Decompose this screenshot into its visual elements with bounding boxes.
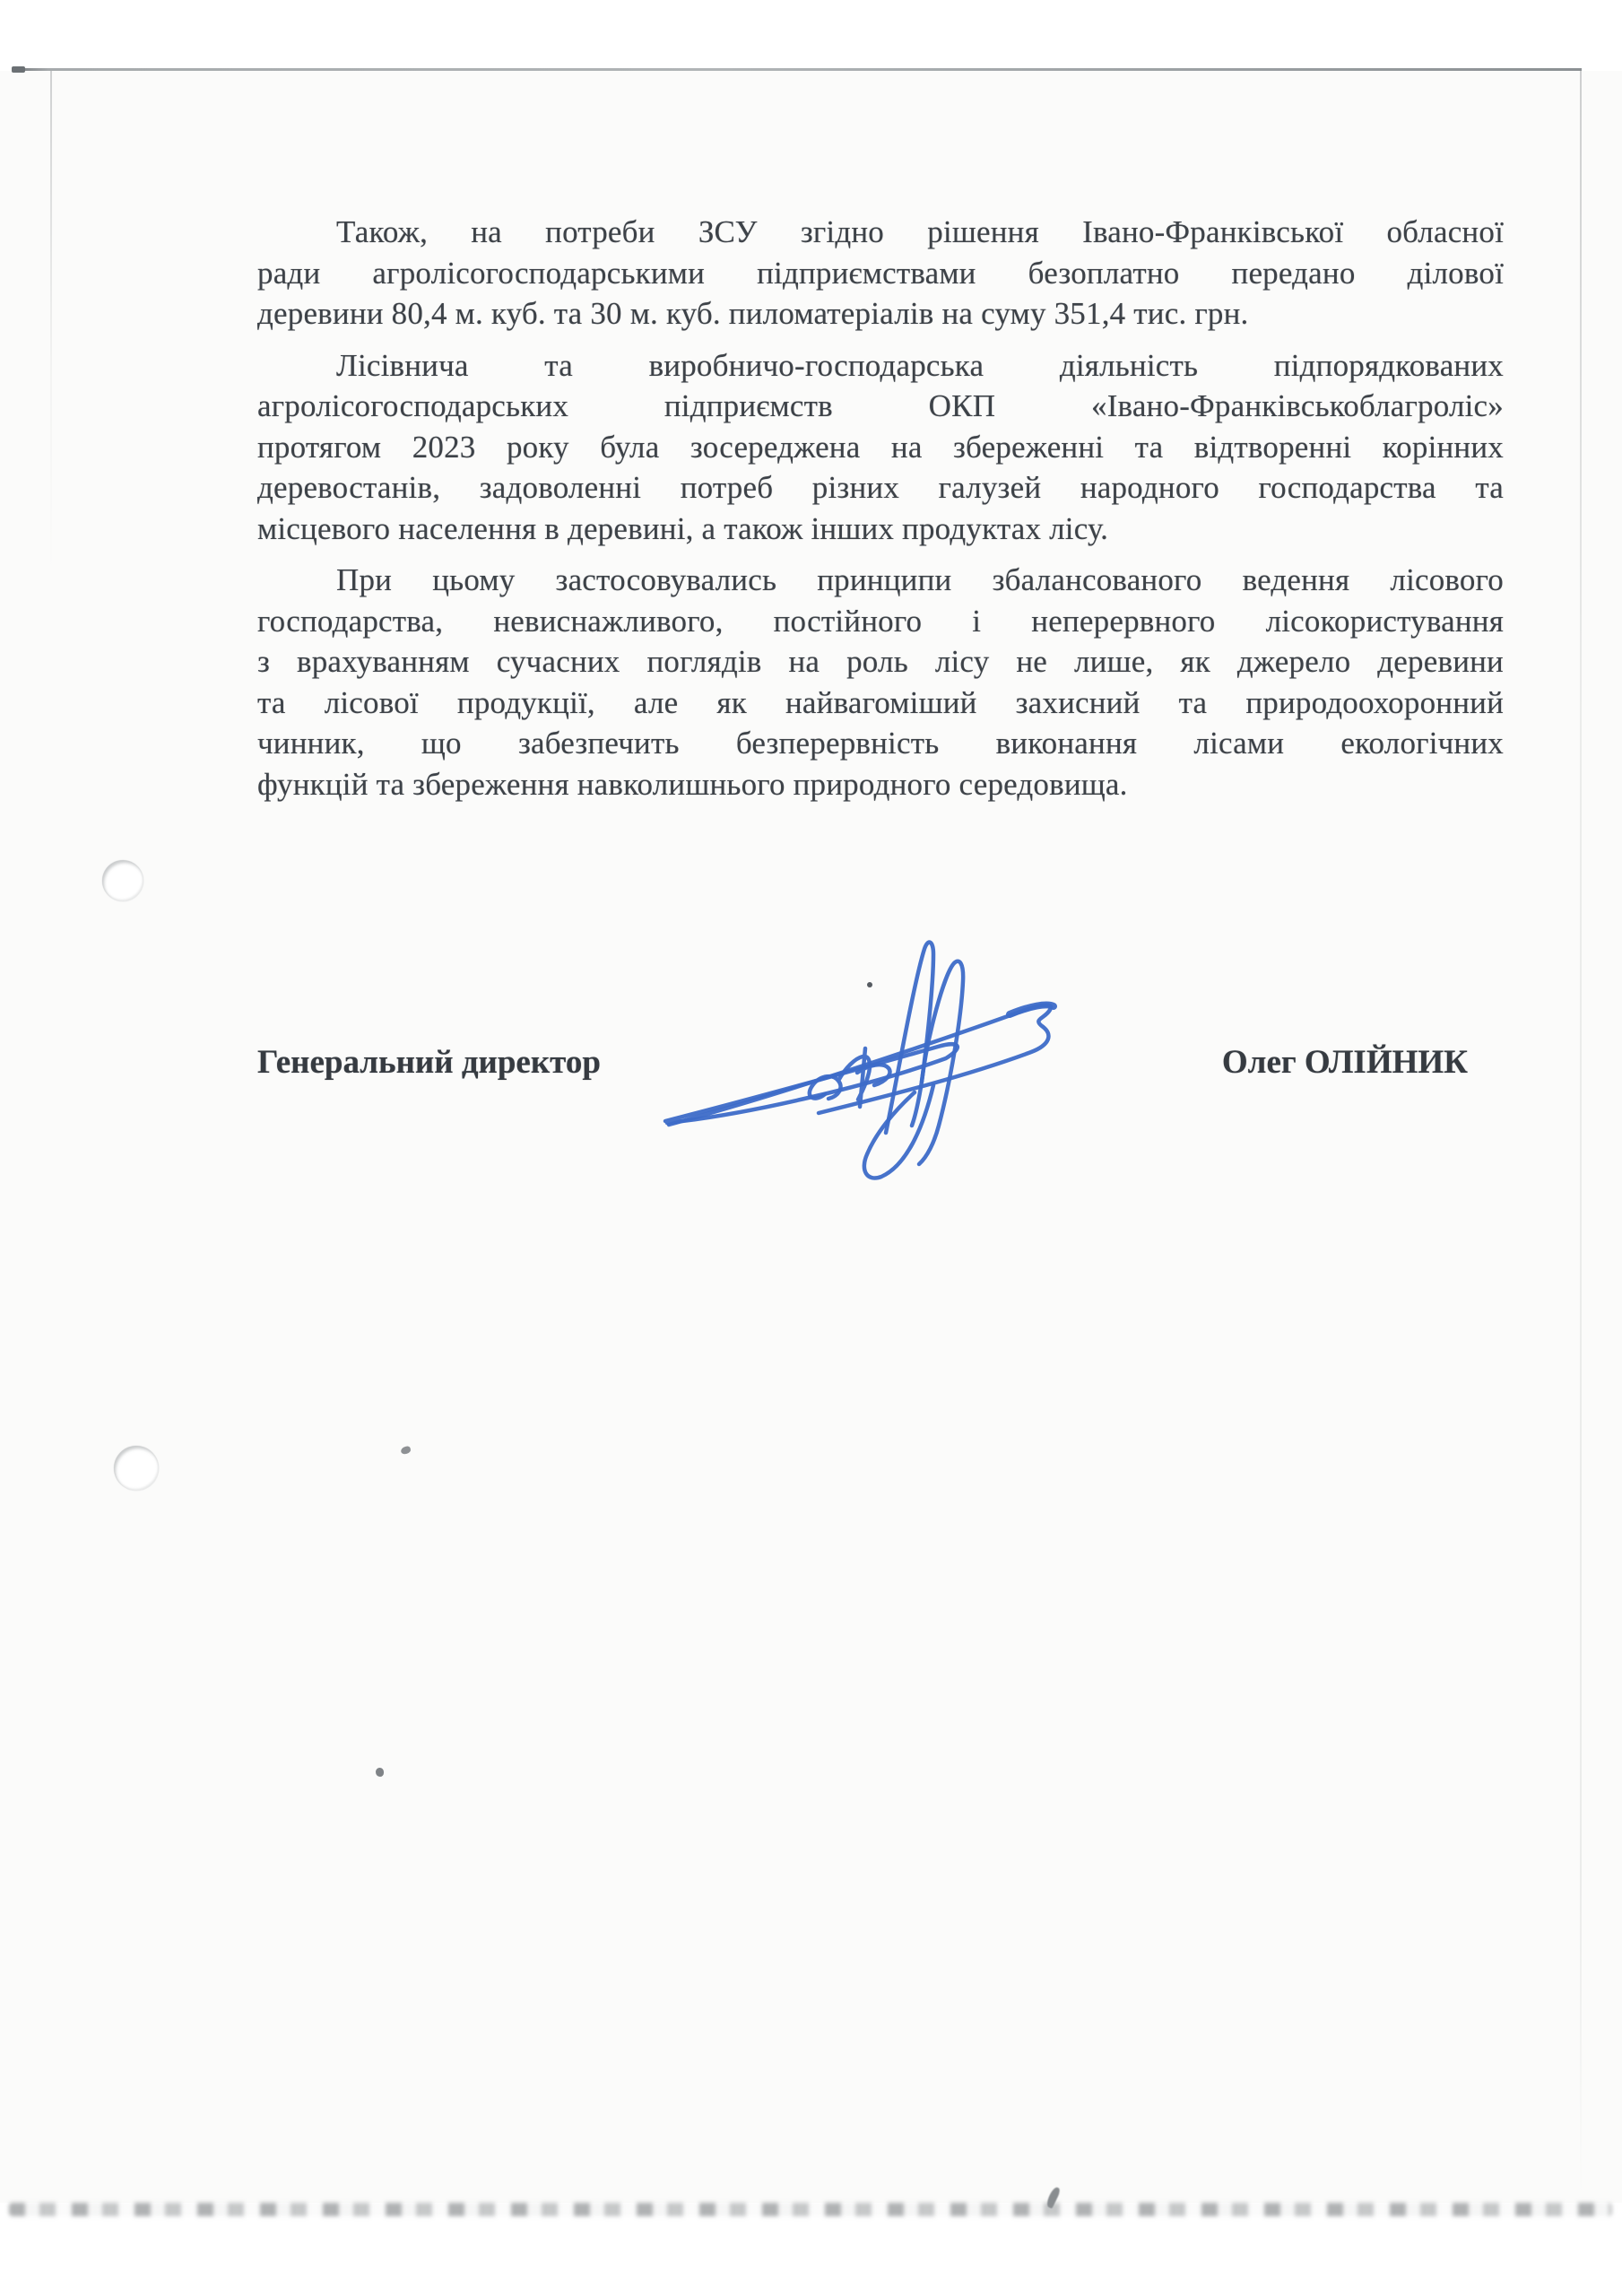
paragraph-line: Також, на потреби ЗСУ згідно рішення Іва… <box>257 212 1504 253</box>
scan-speck <box>376 1768 384 1777</box>
scan-top-edge-left-nub <box>12 66 25 73</box>
paragraph-line: з врахуванням сучасних поглядів на роль … <box>257 641 1504 683</box>
scan-top-edge-line <box>13 68 1582 71</box>
paragraph-line: При цьому застосовувались принципи збала… <box>257 560 1504 601</box>
ink-dot <box>867 982 872 987</box>
signer-name: Олег ОЛІЙНИК <box>1222 1040 1504 1085</box>
paragraph: Лісівнича та виробничо-господарська діял… <box>257 345 1504 550</box>
paragraph-line: ради агролісогосподарськими підприємства… <box>257 253 1504 294</box>
paragraph-line: місцевого населення в деревині, а також … <box>257 509 1504 550</box>
paragraph: Також, на потреби ЗСУ згідно рішення Іва… <box>257 212 1504 335</box>
paragraph-line: та лісової продукції, але як найвагоміши… <box>257 683 1504 724</box>
punch-hole-bottom <box>114 1446 159 1491</box>
paragraph-line: функцій та збереження навколишнього прир… <box>257 764 1504 805</box>
scan-left-edge-line <box>50 71 52 573</box>
signer-title: Генеральний директор <box>257 1040 601 1085</box>
scan-right-edge-line <box>1580 71 1582 2196</box>
paragraph-line: деревини 80,4 м. куб. та 30 м. куб. пило… <box>257 293 1504 335</box>
paragraph: При цьому застосовувались принципи збала… <box>257 560 1504 804</box>
paragraph-line: агролісогосподарських підприємств ОКП «І… <box>257 386 1504 427</box>
paragraph-line: Лісівнича та виробничо-господарська діял… <box>257 345 1504 387</box>
punch-hole-top <box>102 860 143 901</box>
scanned-document-page: Також, на потреби ЗСУ згідно рішення Іва… <box>0 0 1622 2296</box>
signature-ink <box>653 940 1087 1202</box>
paragraph-line: деревостанів, задоволенні потреб різних … <box>257 467 1504 509</box>
paragraph-line: господарства, невиснажливого, постійного… <box>257 601 1504 642</box>
scan-bottom-edge-shadow <box>9 2203 1612 2216</box>
paragraph-line: чинник, що забезпечить безперервність ви… <box>257 723 1504 764</box>
paragraph-line: протягом 2023 року була зосереджена на з… <box>257 427 1504 468</box>
